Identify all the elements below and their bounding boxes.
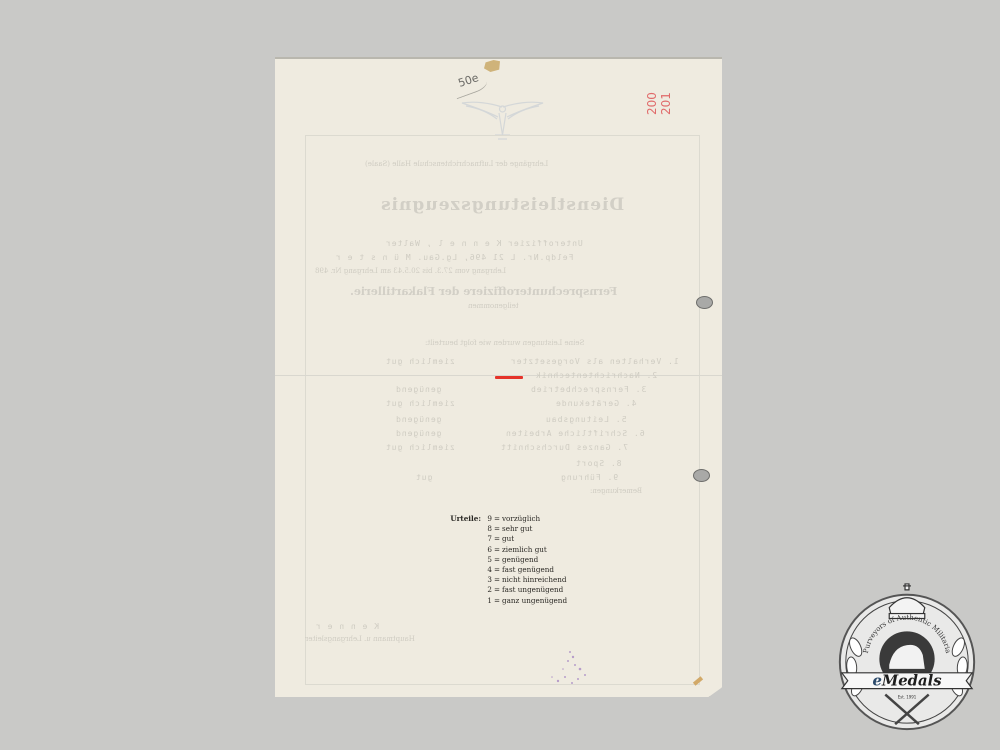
grade-row: 1=ganz ungenügend: [445, 596, 567, 606]
subject-grade: ziemlich gut: [385, 443, 455, 452]
course-title: Fernsprechunteroffiziere der Flakartille…: [350, 285, 617, 298]
subject-row: 9. Führung: [560, 473, 618, 482]
grade-number: 4: [484, 565, 492, 575]
red-pencil-notes: 200 201: [645, 92, 673, 115]
grade-text: sehr gut: [502, 524, 532, 534]
header-line: Lehrgänge der Luftnachrichtenschule Hall…: [365, 160, 548, 168]
subject-row: 8. Sport: [575, 459, 622, 468]
signature-line: Hauptmann u. Lehrgangsleiter: [305, 635, 415, 643]
subject-grade: ziemlich gut: [385, 399, 455, 408]
red-note-2: 201: [659, 92, 673, 115]
subject-row: 5. Leitungsbau: [545, 415, 626, 424]
signature-name: K e n n e r: [315, 622, 379, 631]
grade-row: 3=nicht hinreichend: [445, 575, 567, 585]
period-line: Lehrgang vom 27.3. bis 20.5.43 am Lehrga…: [315, 267, 506, 275]
emedals-logo-icon: eMedals Purveyors of Authentic Militaria…: [828, 578, 986, 736]
grade-text: genügend: [502, 555, 538, 565]
certificate-title: Dienstleistungszeugnis: [380, 195, 624, 215]
grade-row: 5=genügend: [445, 555, 567, 565]
grade-number: 2: [484, 585, 492, 595]
established-text: Est. 1991: [898, 694, 917, 699]
subject-row: 3. Fernsprechbetrieb: [530, 385, 646, 394]
course-subtitle: teilgenommen: [468, 302, 519, 310]
subject-row: 4. Gerätekunde: [555, 399, 636, 408]
document-sheet: 50e 200 201 Lehrgänge der Luftnachrichte…: [275, 57, 722, 697]
red-note-1: 200: [645, 92, 659, 115]
subject-grade: genügend: [395, 385, 442, 394]
unit-line: Feldp.Nr. L 21 496, Lg.Gau. M ü n s t e …: [335, 253, 573, 262]
grading-scale: Urteile:9=vorzüglich 8=sehr gut 7=gut 6=…: [445, 514, 567, 606]
subject-row: 7. Ganzes Durchschnitt: [500, 443, 628, 452]
rank-line: Unteroffizier K e n n e l , Walter: [385, 239, 583, 248]
grade-text: ganz ungenügend: [502, 596, 567, 606]
grade-number: 3: [484, 575, 492, 585]
subject-row: 1. Verhalten als Vorgesetzter: [510, 357, 679, 366]
grade-row: 2=fast ungenügend: [445, 585, 567, 595]
svg-text:eMedals: eMedals: [872, 673, 942, 690]
grade-text: vorzüglich: [502, 514, 540, 524]
grade-row: Urteile:9=vorzüglich: [445, 514, 567, 524]
punch-hole-upper: [696, 296, 713, 309]
grading-label: Urteile:: [445, 514, 484, 524]
subject-grade: gut: [415, 473, 432, 482]
grade-row: 4=fast genügend: [445, 565, 567, 575]
results-heading: Seine Leistungen wurden wie folgt beurte…: [425, 339, 584, 347]
brand-text: Medals: [881, 673, 942, 690]
subject-grade: genügend: [395, 415, 442, 424]
red-pencil-mark: [495, 376, 523, 379]
grade-number: 9: [484, 514, 492, 524]
subject-row: Bemerkungen:: [590, 487, 642, 495]
subject-grade: ziemlich gut: [385, 357, 455, 366]
top-edge: [275, 57, 722, 59]
tape-residue: [484, 60, 500, 72]
grade-number: 8: [484, 524, 492, 534]
grade-text: fast ungenügend: [502, 585, 563, 595]
subject-grade: genügend: [395, 429, 442, 438]
subject-row: 6. Schriftliche Arbeiten: [505, 429, 645, 438]
grade-text: gut: [502, 534, 514, 544]
grade-number: 5: [484, 555, 492, 565]
grade-row: 8=sehr gut: [445, 524, 567, 534]
grade-number: 7: [484, 534, 492, 544]
grade-row: 6=ziemlich gut: [445, 545, 567, 555]
purple-stamp-residue: [530, 647, 600, 687]
grade-text: nicht hinreichend: [502, 575, 566, 585]
grade-text: fast genügend: [502, 565, 554, 575]
subject-row: 2. Nachrichtentechnik: [535, 371, 657, 380]
grade-number: 6: [484, 545, 492, 555]
grade-row: 7=gut: [445, 534, 567, 544]
grade-number: 1: [484, 596, 492, 606]
punch-hole-lower: [693, 469, 710, 482]
grade-text: ziemlich gut: [502, 545, 547, 555]
